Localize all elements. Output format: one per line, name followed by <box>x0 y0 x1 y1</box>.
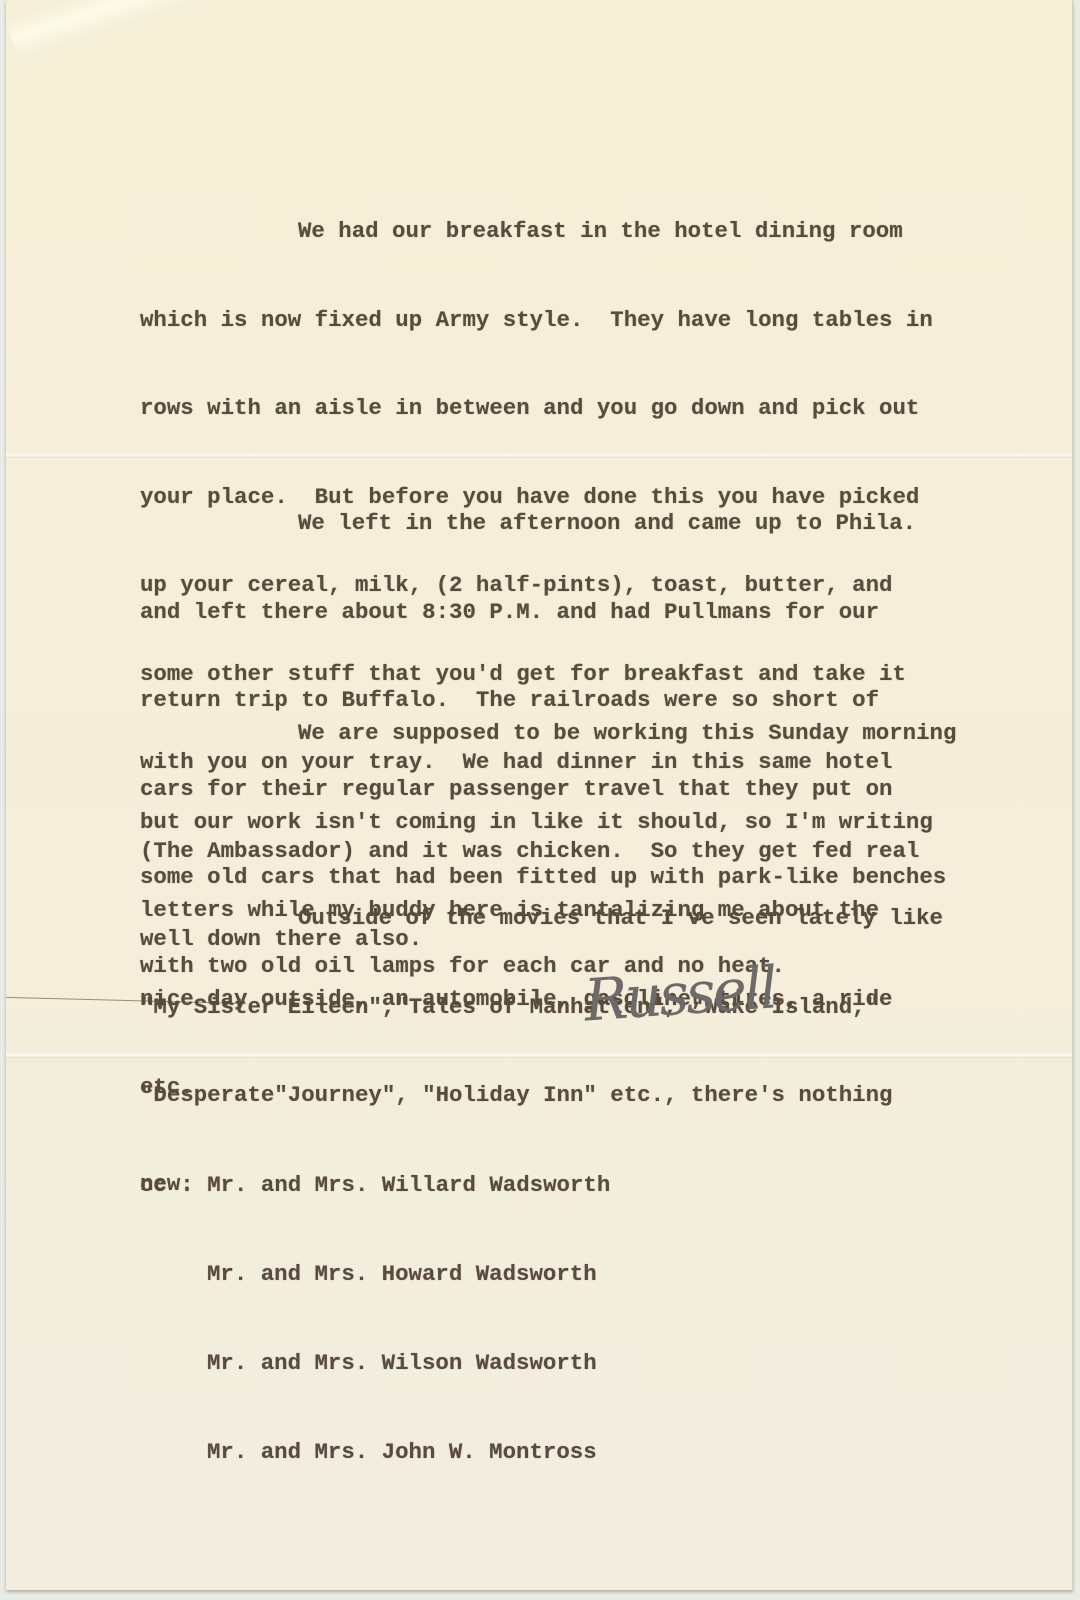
text-line: Outside of the movies that I've seen lat… <box>140 904 943 934</box>
cc-recipient: Mr. and Mrs. Willard Wadsworth <box>207 1172 610 1198</box>
handwritten-signature: Russell <box>582 953 777 1034</box>
text-line: which is now fixed up Army style. They h… <box>140 306 933 336</box>
cc-list: cc : Mr. and Mrs. Willard Wadsworth Mr. … <box>140 1112 610 1527</box>
text-line: "Desperate"Journey", "Holiday Inn" etc.,… <box>140 1081 943 1111</box>
text-line: "My Sister Eileen","Tales of Manhatten",… <box>140 993 943 1023</box>
cc-recipient: Mr. and Mrs. John W. Montross <box>140 1438 610 1468</box>
text-line: rows with an aisle in between and you go… <box>140 394 933 424</box>
cc-recipient: Mr. and Mrs. Wilson Wadsworth <box>140 1349 610 1379</box>
text-line: We left in the afternoon and came up to … <box>140 509 946 539</box>
text-line: We had our breakfast in the hotel dining… <box>140 217 933 247</box>
text-line: and left there about 8:30 P.M. and had P… <box>140 598 946 628</box>
text-line: We are supposed to be working this Sunda… <box>140 719 956 749</box>
paper-crease-diagonal <box>6 0 418 58</box>
cc-line: cc : Mr. and Mrs. Willard Wadsworth <box>140 1171 610 1201</box>
cc-label: cc : <box>140 1172 194 1198</box>
cc-recipient: Mr. and Mrs. Howard Wadsworth <box>140 1260 610 1290</box>
letter-page: We had our breakfast in the hotel dining… <box>6 0 1073 1590</box>
text-line: but our work isn't coming in like it sho… <box>140 808 956 838</box>
